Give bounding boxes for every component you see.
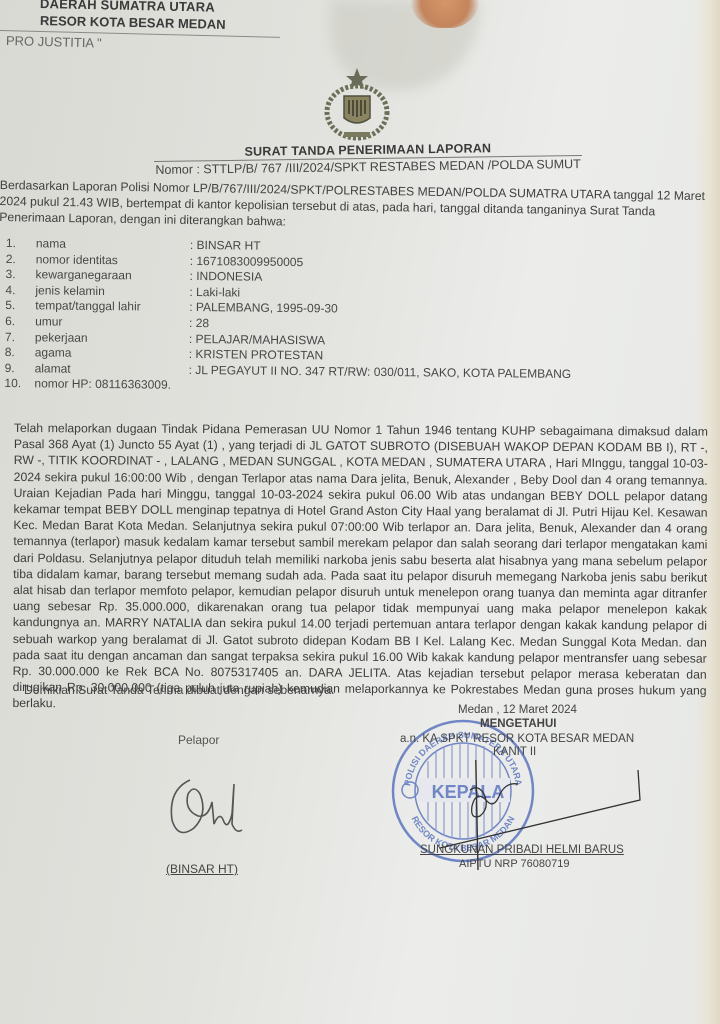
officer-name: SUNGKUNAN PRIBADI HELMI BARUS <box>420 844 624 856</box>
reporter-identity-list: 1.nama: BINSAR HT2.nomor identitas: 1671… <box>2 236 604 398</box>
identity-number: 9. <box>5 361 27 375</box>
closing-statement: Demikian Surat Tanda Terima dibuat denga… <box>24 683 335 697</box>
identity-number: 3. <box>6 267 28 281</box>
on-behalf-line: a.n. KA SPKT RESOR KOTA BESAR MEDAN <box>400 733 634 745</box>
reporter-name: (BINSAR HT) <box>166 862 238 876</box>
identity-number: 5. <box>5 298 27 312</box>
police-emblem-icon <box>320 66 394 142</box>
report-body: Telah melaporkan dugaan Tindak Pidana Pe… <box>12 420 708 715</box>
officer-position: KANIT II <box>493 746 536 758</box>
reporter-signature <box>160 760 260 850</box>
place-date: Medan , 12 Maret 2024 <box>458 704 577 716</box>
identity-label: nama <box>36 236 186 252</box>
identity-value: : PALEMBANG, 1995-09-30 <box>189 300 338 316</box>
identity-number: 7. <box>5 330 27 344</box>
identity-value: : Laki-laki <box>189 285 240 300</box>
identity-label: jenis kelamin <box>35 283 185 299</box>
identity-value: : 1671083009950005 <box>190 254 304 269</box>
identity-number: 1. <box>6 236 28 250</box>
identity-label: pekerjaan <box>35 330 185 346</box>
identity-number: 4. <box>5 283 27 297</box>
identity-value: : INDONESIA <box>190 269 263 284</box>
identity-number: 10. <box>4 376 26 390</box>
identity-label: nomor HP: 08116363009. <box>34 377 171 392</box>
document-title-block: SURAT TANDA PENERIMAAN LAPORAN Nomor : S… <box>148 140 588 177</box>
acknowledged-label: MENGETAHUI <box>480 718 556 730</box>
identity-label: agama <box>35 345 185 361</box>
identity-label: alamat <box>35 361 185 377</box>
letterhead-office: RESOR KOTA BESAR MEDAN <box>40 13 226 32</box>
identity-number: 2. <box>6 252 28 266</box>
identity-number: 6. <box>5 314 27 328</box>
identity-label: nomor identitas <box>36 252 186 268</box>
identity-label: kewarganegaraan <box>36 268 186 284</box>
pro-justitia: PRO JUSTITIA " <box>6 33 102 50</box>
identity-number: 8. <box>5 345 27 359</box>
identity-value: : KRISTEN PROTESTAN <box>189 347 324 362</box>
reporter-label: Pelapor <box>178 733 219 747</box>
identity-value: : PELAJAR/MAHASISWA <box>189 332 325 347</box>
identity-label: tempat/tanggal lahir <box>35 299 185 315</box>
intro-paragraph: Berdasarkan Laporan Polisi Nomor LP/B/76… <box>0 177 714 236</box>
officer-rank-nrp: AIPTU NRP 76080719 <box>459 858 569 870</box>
identity-value: : 28 <box>189 316 209 330</box>
identity-label: umur <box>35 314 185 330</box>
identity-value: : BINSAR HT <box>190 238 261 253</box>
letterhead: DAERAH SUMATRA UTARA RESOR KOTA BESAR ME… <box>40 0 226 28</box>
